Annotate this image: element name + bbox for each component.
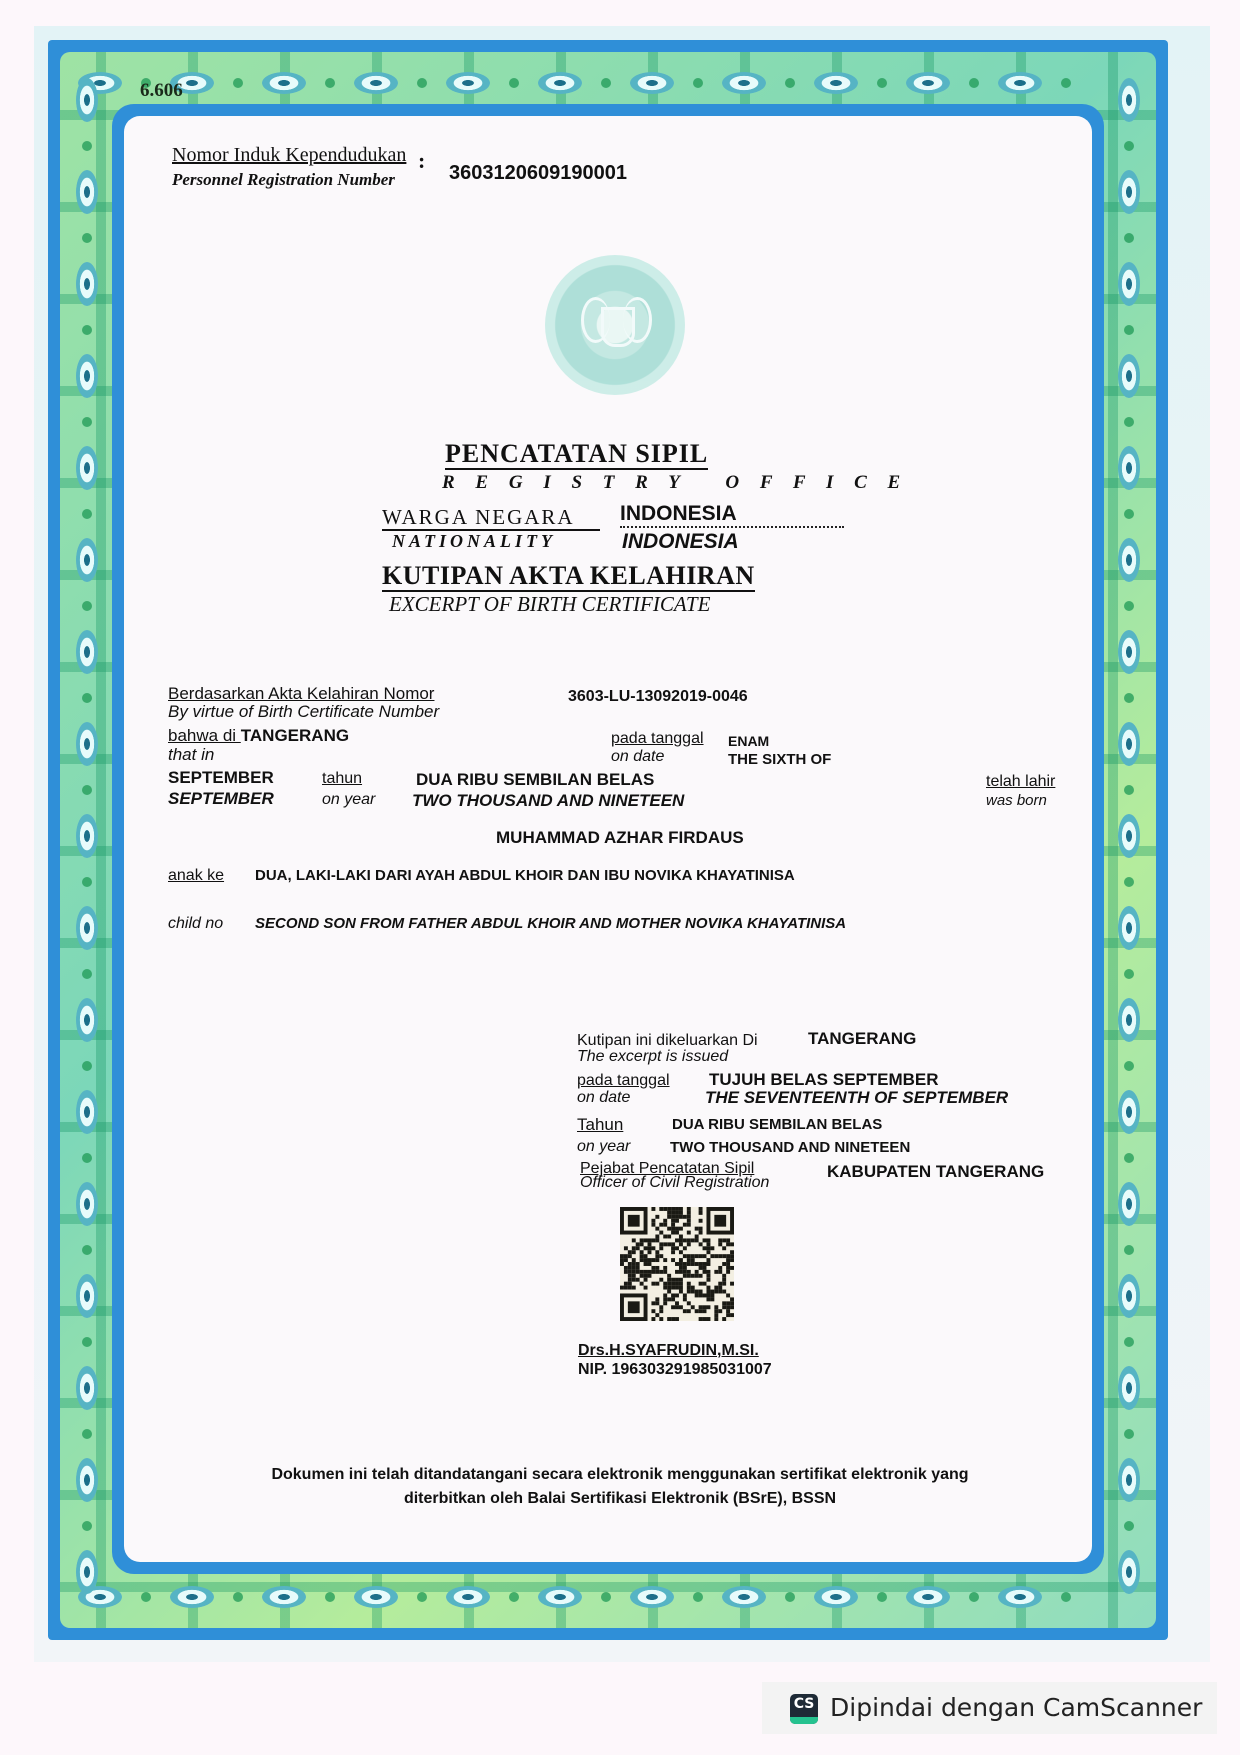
nationality-value-en: INDONESIA xyxy=(622,530,739,554)
child-name: MUHAMMAD AZHAR FIRDAUS xyxy=(496,828,744,848)
issued-year-value-en: TWO THOUSAND AND NINETEEN xyxy=(670,1139,910,1156)
birth-date-label-id: pada tanggal xyxy=(611,730,704,748)
registry-title-en: R E G I S T R Y O F F I C E xyxy=(442,472,908,494)
birth-date-label-en: on date xyxy=(611,748,664,766)
issued-year-label-id: Tahun xyxy=(577,1115,623,1135)
document-title-id: KUTIPAN AKTA KELAHIRAN xyxy=(382,562,755,592)
birth-year-label-id: tahun xyxy=(322,770,362,788)
child-order-label-en: child no xyxy=(168,915,223,933)
issued-place: TANGERANG xyxy=(808,1029,916,1049)
camscanner-text: Dipindai dengan CamScanner xyxy=(830,1693,1202,1722)
issued-date-label-id: pada tanggal xyxy=(577,1072,670,1090)
camscanner-watermark: CS Dipindai dengan CamScanner xyxy=(762,1682,1217,1734)
born-label-id: telah lahir xyxy=(986,773,1055,791)
issued-date-value-en: THE SEVENTEENTH OF SEPTEMBER xyxy=(705,1088,1008,1108)
issued-date-label-en: on date xyxy=(577,1089,630,1107)
issued-year-value-id: DUA RIBU SEMBILAN BELAS xyxy=(672,1116,882,1133)
issued-label-en: The excerpt is issued xyxy=(577,1048,728,1066)
cert-number-label-id: Berdasarkan Akta Kelahiran Nomor xyxy=(168,684,434,704)
cert-number-label-en: By virtue of Birth Certificate Number xyxy=(168,702,439,722)
nik-label-en: Personnel Registration Number xyxy=(172,170,395,190)
nik-label-id: Nomor Induk Kependudukan xyxy=(172,144,406,167)
nationality-value-id: INDONESIA xyxy=(620,502,844,528)
child-order-label-id: anak ke xyxy=(168,867,224,885)
document-title-en: EXCERPT OF BIRTH CERTIFICATE xyxy=(389,592,710,617)
born-label-en: was born xyxy=(986,792,1047,809)
signatory-nip: NIP. 196303291985031007 xyxy=(578,1361,772,1379)
birth-place-value: TANGERANG xyxy=(241,726,349,745)
child-order-value-id: DUA, LAKI-LAKI DARI AYAH ABDUL KHOIR DAN… xyxy=(255,867,795,884)
birth-place-label-id: bahwa di xyxy=(168,726,241,745)
birth-year-value-id: DUA RIBU SEMBILAN BELAS xyxy=(416,770,654,790)
birth-place: bahwa di TANGERANG xyxy=(168,726,349,746)
qr-code-icon xyxy=(620,1207,734,1321)
e-signature-note-line2: diterbitkan oleh Balai Sertifikasi Elekt… xyxy=(0,1490,1240,1508)
cert-number-value: 3603-LU-13092019-0046 xyxy=(568,688,748,706)
birth-year-value-en: TWO THOUSAND AND NINETEEN xyxy=(412,791,684,811)
issued-date-value-id: TUJUH BELAS SEPTEMBER xyxy=(709,1070,939,1090)
nik-value: 3603120609190001 xyxy=(449,162,627,185)
signatory-name: Drs.H.SYAFRUDIN,M.SI. xyxy=(578,1342,759,1360)
e-signature-note-line1: Dokumen ini telah ditandatangani secara … xyxy=(0,1466,1240,1484)
garuda-emblem-icon xyxy=(545,255,685,395)
issued-year-label-en: on year xyxy=(577,1138,630,1156)
nationality-label-id: WARGA NEGARA xyxy=(382,505,600,531)
birth-year-label-en: on year xyxy=(322,791,375,809)
birth-date-value-en: THE SIXTH OF xyxy=(728,751,831,768)
birth-month-en: SEPTEMBER xyxy=(168,789,274,809)
officer-label-en: Officer of Civil Registration xyxy=(580,1174,769,1192)
camscanner-logo-icon: CS xyxy=(790,1694,818,1724)
birth-date-value-id: ENAM xyxy=(728,733,769,749)
birth-place-label-en: that in xyxy=(168,745,214,765)
registry-title-id: PENCATATAN SIPIL xyxy=(445,440,708,470)
birth-month-id: SEPTEMBER xyxy=(168,768,274,788)
child-order-value-en: SECOND SON FROM FATHER ABDUL KHOIR AND M… xyxy=(255,915,846,932)
nationality-label-en: NATIONALITY xyxy=(392,531,556,552)
officer-region: KABUPATEN TANGERANG xyxy=(827,1162,1044,1182)
nik-separator: : xyxy=(418,148,425,174)
form-code: 6.606 xyxy=(140,80,183,102)
